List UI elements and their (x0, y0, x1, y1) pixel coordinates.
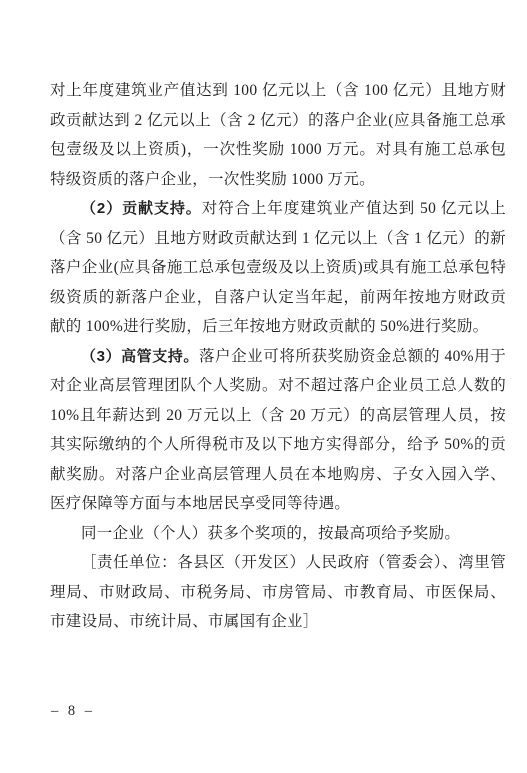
document-body: 对上年度建筑业产值达到 100 亿元以上（含 100 亿元）且地方财政贡献达到 … (50, 76, 506, 637)
paragraph-text: ［责任单位：各县区（开发区）人民政府（管委会）、湾里管理局、市财政局、市税务局、… (50, 554, 506, 630)
paragraph-executive-support: （3）高管支持。落户企业可将所获奖励资金总额的 40%用于对企业高层管理团队个人… (50, 342, 506, 519)
paragraph-award-continuation: 对上年度建筑业产值达到 100 亿元以上（含 100 亿元）且地方财政贡献达到 … (50, 76, 506, 194)
paragraph-text: 落户企业可将所获奖励资金总额的 40%用于对企业高层管理团队个人奖励。对不超过落… (50, 348, 506, 513)
paragraph-text: 对符合上年度建筑业产值达到 50 亿元以上（含 50 亿元）且地方财政贡献达到 … (50, 200, 506, 335)
paragraph-responsible-units: ［责任单位：各县区（开发区）人民政府（管委会）、湾里管理局、市财政局、市税务局、… (50, 548, 506, 637)
page-number: – 8 – (51, 703, 95, 720)
paragraph-lead: （2）贡献支持。 (81, 200, 202, 217)
paragraph-highest-award-rule: 同一企业（个人）获多个奖项的，按最高项给予奖励。 (50, 519, 506, 549)
paragraph-text: 同一企业（个人）获多个奖项的，按最高项给予奖励。 (81, 525, 460, 542)
paragraph-lead: （3）高管支持。 (81, 348, 199, 365)
document-page: 对上年度建筑业产值达到 100 亿元以上（含 100 亿元）且地方财政贡献达到 … (0, 0, 527, 773)
paragraph-text: 对上年度建筑业产值达到 100 亿元以上（含 100 亿元）且地方财政贡献达到 … (50, 82, 506, 188)
paragraph-contribution-support: （2）贡献支持。对符合上年度建筑业产值达到 50 亿元以上（含 50 亿元）且地… (50, 194, 506, 342)
